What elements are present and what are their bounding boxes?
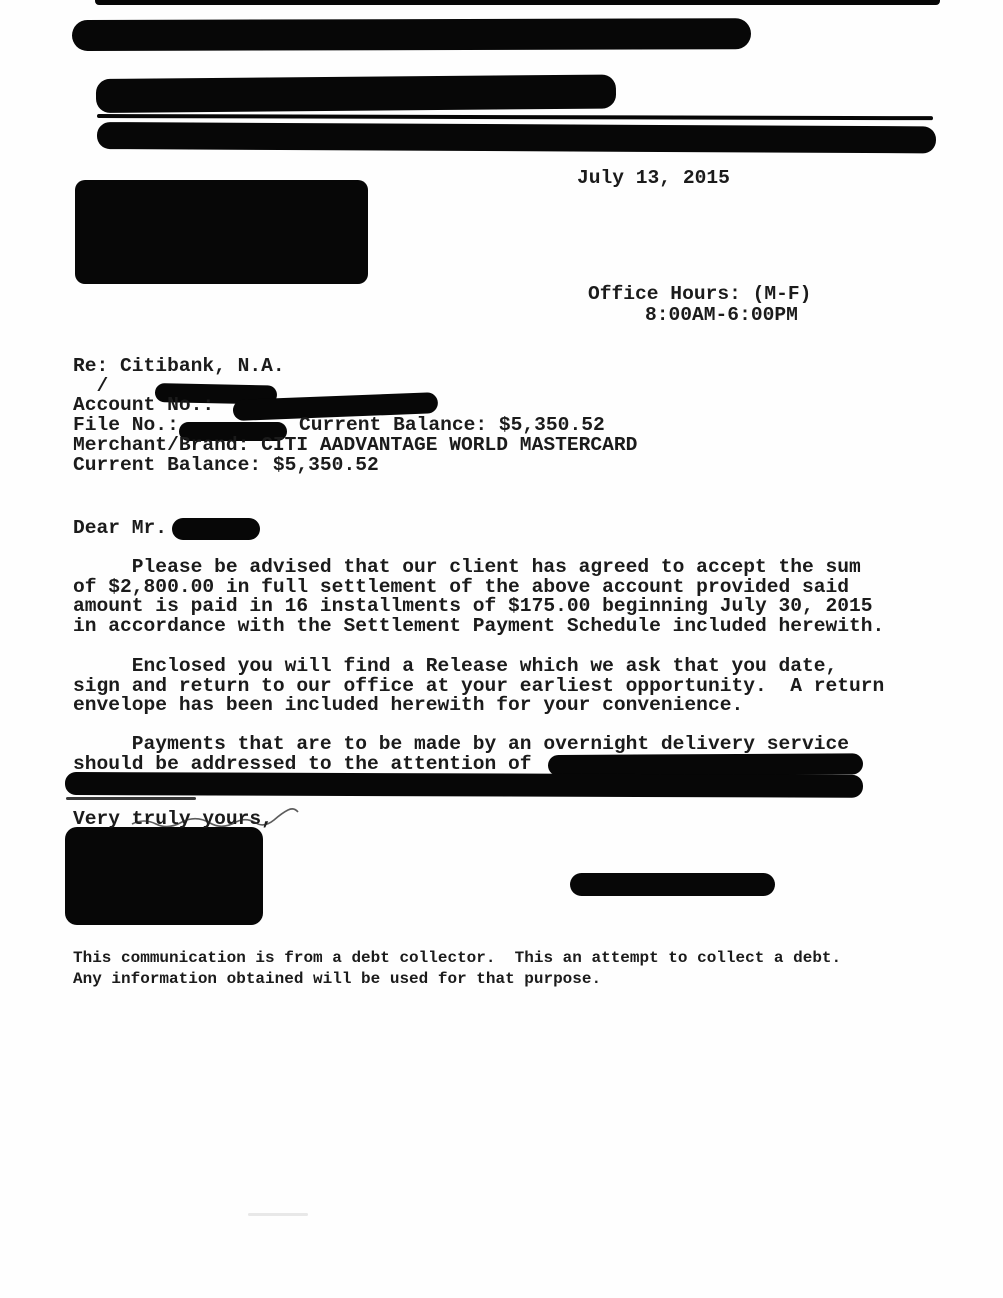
- paragraph-1-line-1: Please be advised that our client has ag…: [73, 558, 861, 578]
- scan-artifact-under-bar: [66, 797, 196, 800]
- scanned-letter-page: July 13, 2015 Office Hours: (M-F) 8:00AM…: [0, 0, 1003, 1298]
- redaction-letterhead-bar-2: [97, 122, 936, 153]
- redaction-letterhead-rule: [97, 114, 933, 120]
- paragraph-3-line-1: Payments that are to be made by an overn…: [73, 735, 849, 755]
- paragraph-2-line-1: Enclosed you will find a Release which w…: [73, 657, 837, 677]
- redaction-attention-name-pill: [548, 753, 863, 776]
- paragraph-1-line-3: amount is paid in 16 installments of $17…: [73, 597, 873, 617]
- office-hours-line-2: 8:00AM-6:00PM: [645, 306, 798, 326]
- re-line: Re: Citibank, N.A.: [73, 357, 285, 377]
- paragraph-3-line-2: should be addressed to the attention of: [73, 755, 532, 775]
- redaction-letterhead-bar: [96, 74, 616, 113]
- paragraph-2-line-2: sign and return to our office at your ea…: [73, 677, 884, 697]
- redaction-recipient-address-block: [75, 180, 368, 284]
- paragraph-1-line-4: in accordance with the Settlement Paymen…: [73, 617, 884, 637]
- redaction-top-edge-strip: [95, 0, 940, 5]
- footer-disclaimer-line-2: Any information obtained will be used fo…: [73, 971, 601, 987]
- paragraph-1-line-2: of $2,800.00 in full settlement of the a…: [73, 578, 849, 598]
- redaction-signer-name-pill: [570, 873, 775, 896]
- office-hours-line-1: Office Hours: (M-F): [588, 285, 811, 305]
- letter-date: July 13, 2015: [577, 169, 730, 189]
- salutation: Dear Mr.: [73, 519, 167, 539]
- re-slash-line: /: [73, 377, 108, 397]
- pen-scribble-mark: [130, 806, 310, 834]
- file-number-label: File No.:: [73, 416, 179, 436]
- scan-smudge: [248, 1213, 308, 1216]
- footer-disclaimer-line-1: This communication is from a debt collec…: [73, 950, 841, 966]
- account-number-label: Account No.:: [73, 396, 226, 416]
- current-balance-inline: Current Balance: $5,350.52: [299, 416, 605, 436]
- redaction-signature-block: [65, 827, 263, 925]
- paragraph-2-line-3: envelope has been included herewith for …: [73, 696, 743, 716]
- merchant-brand-line: Merchant/Brand: CITI AADVANTAGE WORLD MA…: [73, 436, 637, 456]
- redaction-top-bar: [72, 18, 751, 51]
- current-balance-line: Current Balance: $5,350.52: [73, 456, 379, 476]
- redaction-overnight-address-bar: [65, 772, 863, 798]
- redaction-salutation-name-pill: [172, 518, 260, 540]
